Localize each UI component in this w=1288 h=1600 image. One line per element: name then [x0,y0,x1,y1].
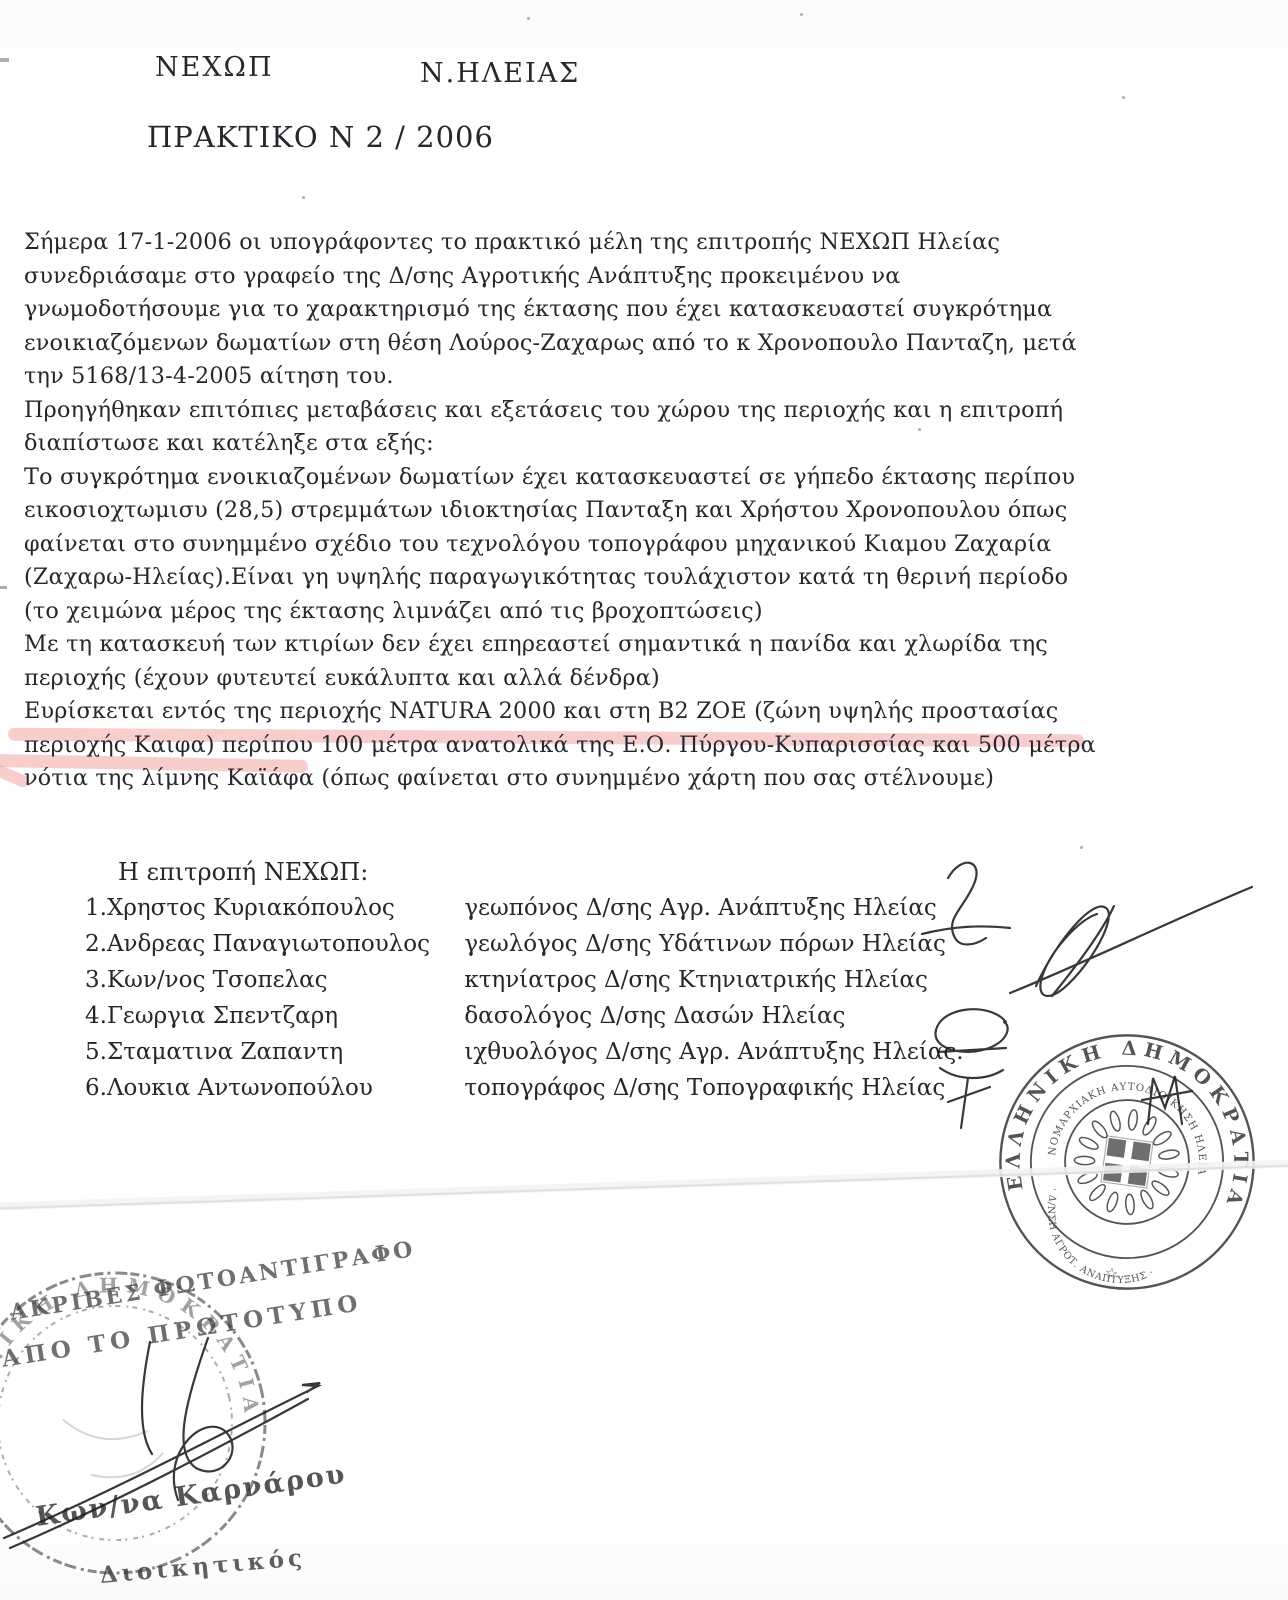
body-line: περιοχής Καιφα) περίπου 100 μέτρα ανατολ… [24,729,1099,763]
region-name: Ν.ΗΛΕΙΑΣ [420,58,580,89]
body-line: Ευρίσκεται εντός της περιοχής NATURA 200… [24,695,1099,729]
committee-row: 1.Χρηστος Κυριακόπουλος γεωπόνος Δ/σης Α… [85,895,937,921]
scan-speck [527,17,530,20]
member-name: 6.Λουκια Αντωνοπούλου [85,1075,457,1101]
body-line: την 5168/13-4-2005 αίτηση του. [24,360,1099,394]
scan-speck [800,13,803,16]
scan-edge-mark [0,58,9,62]
stamp-star: ☆ [1104,1264,1119,1283]
member-role: δασολόγος Δ/σης Δασών Ηλείας [464,1003,845,1029]
body-line: γνωμοδοτήσουμε για το χαρακτηρισμό της έ… [24,293,1099,327]
member-name: 5.Σταματινα Ζαπαντη [85,1039,457,1065]
body-paragraphs: Σήμερα 17-1-2006 οι υπογράφοντες το πρακ… [24,226,1099,796]
committee-row: 4.Γεωργια Σπεντζαρη δασολόγος Δ/σης Δασώ… [85,1003,845,1029]
wreath-emblem [1067,1102,1186,1221]
body-line: Το συγκρότημα ενοικιαζομένων δωματίων έχ… [24,461,1099,495]
body-line: φαίνεται στο συνημμένο σχέδιο του τεχνολ… [24,528,1099,562]
member-name: 3.Κων/νος Τσοπελας [85,967,457,993]
member-role: γεωπόνος Δ/σης Αγρ. Ανάπτυξης Ηλείας [464,895,937,921]
document-page: ΝΕΧΩΠ Ν.ΗΛΕΙΑΣ ΠΡΑΚΤΙΚΟ Ν 2 / 2006 Σήμερ… [0,0,1288,1600]
body-line: περιοχής (έχουν φυτευτεί ευκάλυπτα και α… [24,662,1099,696]
committee-heading: Η επιτροπή ΝΕΧΩΠ: [118,858,368,886]
org-name: ΝΕΧΩΠ [155,52,274,83]
committee-row: 5.Σταματινα Ζαπαντη ιχθυολόγος Δ/σης Αγρ… [85,1039,964,1065]
cross-emblem [1103,1138,1151,1186]
body-line: Σήμερα 17-1-2006 οι υπογράφοντες το πρακ… [24,226,1099,260]
svg-text:· Δ/ΝΣΗ ΑΓΡΟΤ. ΑΝΑΠΤΥΞΗΣ ·: · Δ/ΝΣΗ ΑΓΡΟΤ. ΑΝΑΠΤΥΞΗΣ · [1035,1186,1166,1292]
committee-row: 6.Λουκια Αντωνοπούλου τοπογράφος Δ/σης Τ… [85,1075,945,1101]
committee-row: 3.Κων/νος Τσοπελας κτηνίατρος Δ/σης Κτην… [85,967,928,993]
member-name: 2.Ανδρεας Παναγιωτοπουλος [85,931,457,957]
body-line: νότια της λίμνης Καϊάφα (όπως φαίνεται σ… [24,762,1099,796]
page-title: ΠΡΑΚΤΙΚΟ Ν 2 / 2006 [147,120,494,154]
member-role: ιχθυολόγος Δ/σης Αγρ. Ανάπτυξης Ηλείας. [464,1039,963,1065]
member-name: 1.Χρηστος Κυριακόπουλος [85,895,457,921]
member-role: γεωλόγος Δ/σης Υδάτινων πόρων Ηλείας [464,931,946,957]
scan-speck [302,196,305,199]
member-role: κτηνίατρος Δ/σης Κτηνιατρικής Ηλείας [464,967,928,993]
body-line: Με τη κατασκευή των κτιρίων δεν έχει επη… [24,628,1099,662]
body-line: εικοσιοχτωμισυ (28,5) στρεμμάτων ιδιοκτη… [24,494,1099,528]
body-line: ενοικιαζόμενων δωματίων στη θέση Λούρος-… [24,327,1099,361]
body-line: (Ζαχαρω-Ηλείας).Είναι γη υψηλής παραγωγι… [24,561,1099,595]
member-role: τοπογράφος Δ/σης Τοπογραφικής Ηλείας [464,1075,945,1101]
committee-row: 2.Ανδρεας Παναγιωτοπουλος γεωλόγος Δ/σης… [85,931,946,957]
scan-speck [1080,846,1083,849]
body-line: διαπίστωσε και κατέληξε στα εξής: [24,427,1099,461]
body-line: Προηγήθηκαν επιτόπιες μεταβάσεις και εξε… [24,394,1099,428]
body-line: συνεδριάσαμε στο γραφείο της Δ/σης Αγροτ… [24,260,1099,294]
scan-speck [1122,96,1125,99]
stamp-inner-bottom-text: · Δ/ΝΣΗ ΑΓΡΟΤ. ΑΝΑΠΤΥΞΗΣ · [1035,1186,1166,1292]
scan-speck [918,428,921,431]
body-line: (το χειμώνα μέρος της έκτασης λιμνάζει α… [24,595,1099,629]
member-name: 4.Γεωργια Σπεντζαρη [85,1003,457,1029]
signature-1 [922,863,1252,996]
scan-edge-mark [0,586,7,589]
